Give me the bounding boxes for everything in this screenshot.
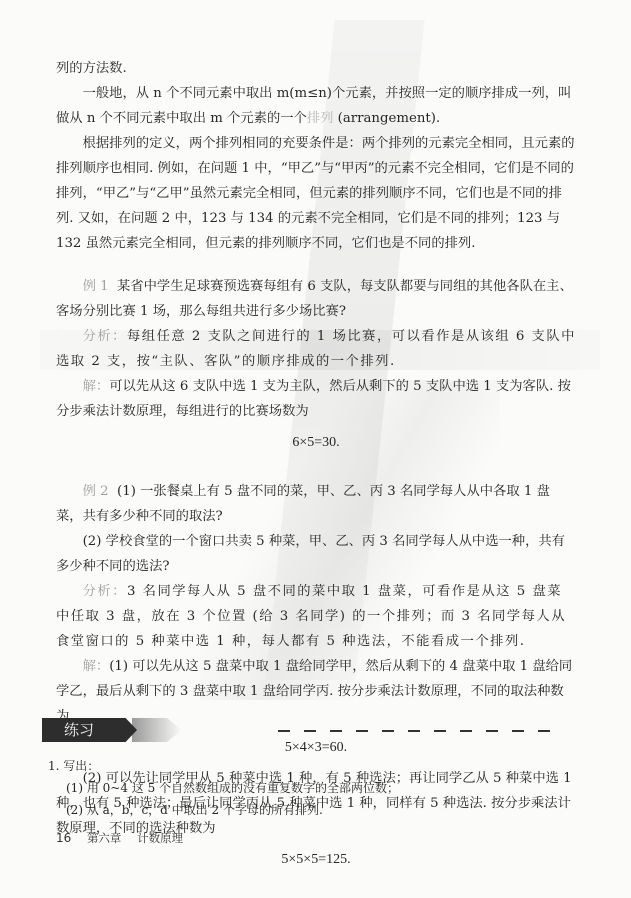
chapter-label: 第六章 — [87, 831, 122, 845]
practice-tag-arrow — [132, 718, 182, 742]
page-number: 16 — [56, 831, 71, 845]
example-2-analysis: 分析：3 名同学每人从 5 盘不同的菜中取 1 盘菜，可看作是从这 5 盘菜中任… — [56, 579, 576, 654]
example-2-label: 例 2 — [83, 484, 109, 499]
chapter-title: 计数原理 — [137, 831, 183, 845]
example-2-formula-2: 5×5×5=125. — [56, 847, 576, 872]
practice-exercises: 1. 写出： (1) 用 0~4 这 5 个自然数组成的没有重复数字的全部两位数… — [48, 755, 568, 821]
practice-header: 练习 — [42, 718, 562, 744]
example-1-solution: 解：可以先从这 6 支队中选 1 支为主队，然后从剩下的 5 支队中选 1 支为… — [56, 374, 576, 424]
exercise-1-part-2: (2) 从 a，b，c，d 中取出 2 个字母的所有排列. — [48, 799, 568, 821]
dashed-divider — [278, 730, 553, 732]
example-2-question-1: 例 2 (1) 一张餐桌上有 5 盘不同的菜，甲、乙、丙 3 名同学每人从中各取… — [56, 479, 576, 529]
paragraph-continuation: 列的方法数. — [56, 56, 576, 81]
explanation-paragraph: 根据排列的定义，两个排列相同的充要条件是：两个排列的元素完全相同，且元素的排列顺… — [56, 131, 576, 256]
example-1-analysis: 分析：每组任意 2 支队之间进行的 1 场比赛，可以看作是从该组 6 支队中选取… — [56, 324, 576, 374]
page-footer: 16 第六章 计数原理 — [56, 830, 195, 846]
definition-paragraph: 一般地，从 n 个不同元素中取出 m(m≤n)个元素，并按照一定的顺序排成一列，… — [56, 81, 576, 131]
exercise-1-part-1: (1) 用 0~4 这 5 个自然数组成的没有重复数字的全部两位数； — [48, 777, 568, 799]
example-1-label: 例 1 — [83, 279, 109, 294]
example-1-formula: 6×5=30. — [56, 430, 576, 455]
exercise-1: 1. 写出： — [48, 755, 568, 777]
example-2-question-2: (2) 学校食堂的一个窗口共卖 5 种菜，甲、乙、丙 3 名同学每人从中选一种，… — [56, 529, 576, 579]
term-arrangement: 排列 — [307, 111, 334, 126]
example-1-question: 例 1 某省中学生足球赛预选赛每组有 6 支队，每支队都要与同组的其他各队在主、… — [56, 274, 576, 324]
practice-title: 练习 — [42, 718, 137, 742]
